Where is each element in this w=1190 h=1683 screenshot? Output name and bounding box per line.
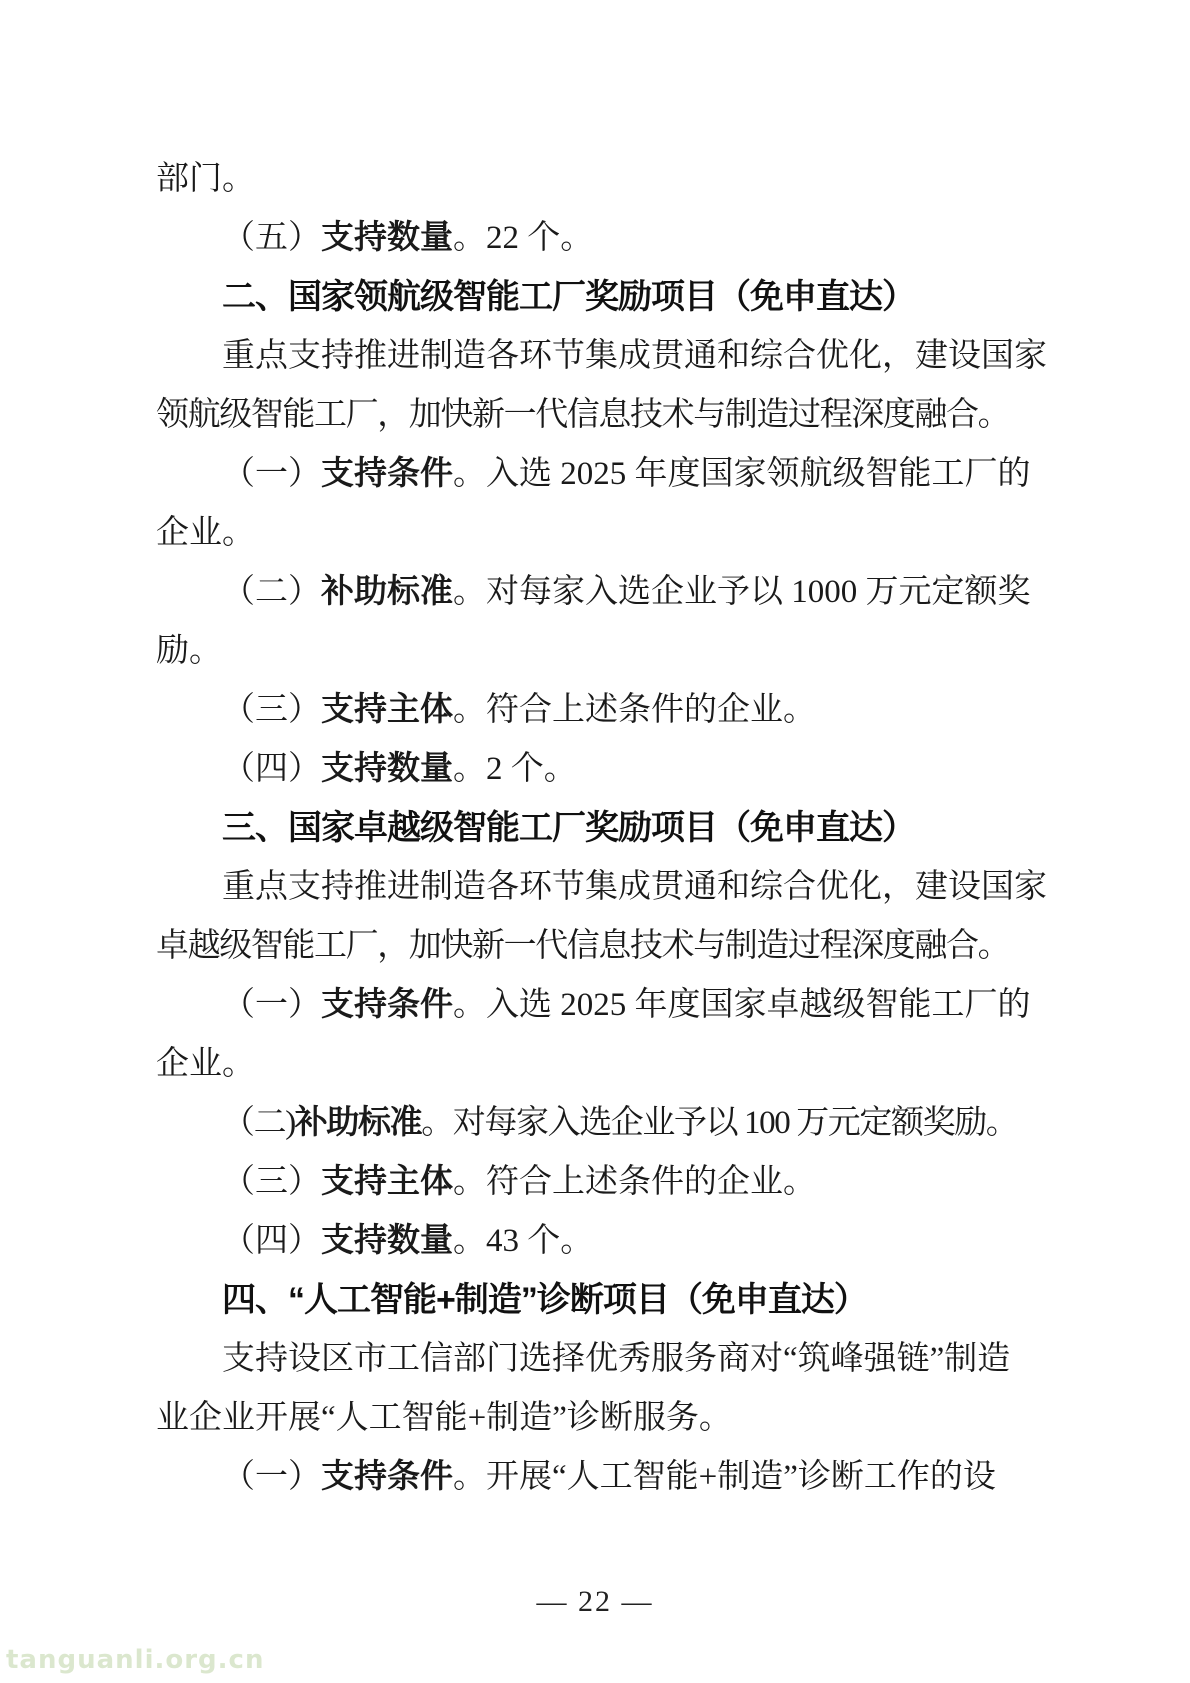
section-2-item-4: （四）支持数量。2 个。 <box>156 740 1044 799</box>
watermark: tanguanli.org.cn <box>6 1645 264 1675</box>
section-2-heading: 二、国家领航级智能工厂奖励项目（免申直达） <box>156 268 1044 327</box>
item-value: 。2 个。 <box>453 751 577 787</box>
section-4-item-1-line-1: （一）支持条件。开展“人工智能+制造”诊断工作的设 <box>156 1448 1044 1507</box>
carryover-paragraph-end: 部门。 <box>156 150 1044 209</box>
section-2-item-1-line-2: 企业。 <box>156 504 1044 563</box>
page-number: — 22 — <box>0 1585 1190 1619</box>
item-label: 补助标准 <box>321 574 453 610</box>
item-value: 。对每家入选企业予以 100 万元定额奖励。 <box>421 1105 1017 1141</box>
section-3-item-4: （四）支持数量。43 个。 <box>156 1212 1044 1271</box>
item-value: 。符合上述条件的企业。 <box>453 1164 816 1200</box>
section-4-heading: 四、“人工智能+制造”诊断项目（免申直达） <box>156 1271 1044 1330</box>
item-index: （四） <box>222 751 321 787</box>
item-index: （二） <box>222 574 321 610</box>
section-4-intro-line-1: 支持设区市工信部门选择优秀服务商对“筑峰强链”制造 <box>156 1330 1044 1389</box>
item-label: 支持条件 <box>321 456 453 492</box>
item-label: 支持条件 <box>321 1459 453 1495</box>
item-value: 。开展“人工智能+制造”诊断工作的设 <box>453 1459 996 1495</box>
text-column: 部门。 （五）支持数量。22 个。 二、国家领航级智能工厂奖励项目（免申直达） … <box>156 150 1044 1507</box>
section-3-heading: 三、国家卓越级智能工厂奖励项目（免申直达） <box>156 799 1044 858</box>
item-label: 支持数量 <box>321 220 453 256</box>
section-2-item-2-line-2: 励。 <box>156 622 1044 681</box>
item-label: 支持数量 <box>321 1223 453 1259</box>
item-label: 补助标准 <box>295 1105 421 1141</box>
item-label: 支持主体 <box>321 692 453 728</box>
item-value: 。入选 2025 年度国家领航级智能工厂的 <box>453 456 1031 492</box>
item-index: （二) <box>222 1105 295 1141</box>
item-index: （一） <box>222 1459 321 1495</box>
item-value: 。43 个。 <box>453 1223 593 1259</box>
section-2-intro-line-2: 领航级智能工厂，加快新一代信息技术与制造过程深度融合。 <box>156 386 1044 445</box>
item-label: 支持条件 <box>321 987 453 1023</box>
section-2-item-1-line-1: （一）支持条件。入选 2025 年度国家领航级智能工厂的 <box>156 445 1044 504</box>
section-3-item-1-line-1: （一）支持条件。入选 2025 年度国家卓越级智能工厂的 <box>156 976 1044 1035</box>
item-value: 。入选 2025 年度国家卓越级智能工厂的 <box>453 987 1031 1023</box>
section-2-intro-line-1: 重点支持推进制造各环节集成贯通和综合优化，建设国家 <box>156 327 1044 386</box>
section-2-item-2-line-1: （二）补助标准。对每家入选企业予以 1000 万元定额奖 <box>156 563 1044 622</box>
item-index: （一） <box>222 456 321 492</box>
item-value: 。符合上述条件的企业。 <box>453 692 816 728</box>
section-3-item-1-line-2: 企业。 <box>156 1035 1044 1094</box>
section-3-item-2: （二)补助标准。对每家入选企业予以 100 万元定额奖励。 <box>156 1094 1044 1153</box>
document-page: 部门。 （五）支持数量。22 个。 二、国家领航级智能工厂奖励项目（免申直达） … <box>0 0 1190 1683</box>
item-value: 。对每家入选企业予以 1000 万元定额奖 <box>453 574 1031 610</box>
item-index: （五） <box>222 220 321 256</box>
section-1-item-5: （五）支持数量。22 个。 <box>156 209 1044 268</box>
section-2-item-3: （三）支持主体。符合上述条件的企业。 <box>156 681 1044 740</box>
section-3-intro-line-1: 重点支持推进制造各环节集成贯通和综合优化，建设国家 <box>156 858 1044 917</box>
section-3-item-3: （三）支持主体。符合上述条件的企业。 <box>156 1153 1044 1212</box>
section-3-intro-line-2: 卓越级智能工厂，加快新一代信息技术与制造过程深度融合。 <box>156 917 1044 976</box>
item-index: （三） <box>222 692 321 728</box>
item-value: 。22 个。 <box>453 220 593 256</box>
item-index: （三） <box>222 1164 321 1200</box>
item-label: 支持数量 <box>321 751 453 787</box>
item-index: （一） <box>222 987 321 1023</box>
item-label: 支持主体 <box>321 1164 453 1200</box>
section-4-intro-line-2: 业企业开展“人工智能+制造”诊断服务。 <box>156 1389 1044 1448</box>
item-index: （四） <box>222 1223 321 1259</box>
